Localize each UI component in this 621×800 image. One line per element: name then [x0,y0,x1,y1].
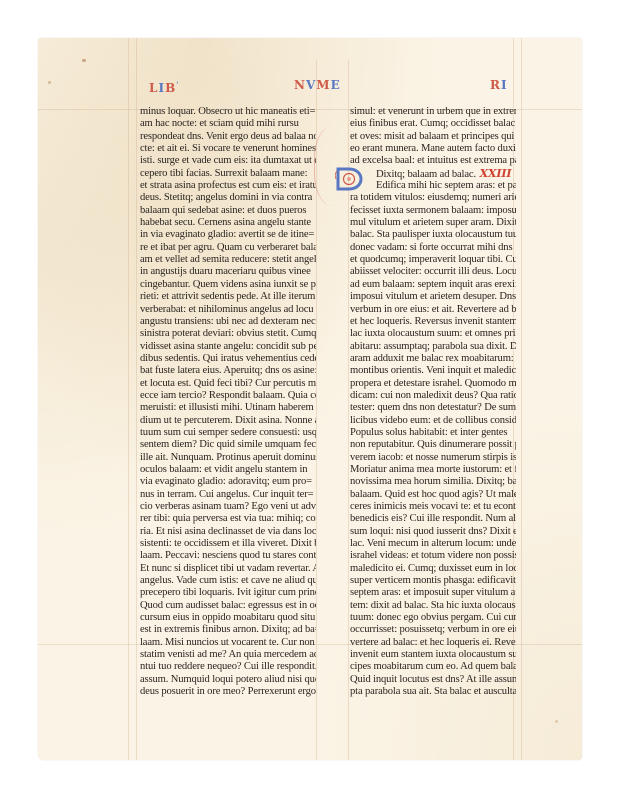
text-line: rer tibi: quia perversa est via tua: mih… [140,513,316,525]
text-line: et oves: misit ad balaam et principes qu… [350,131,516,143]
text-line: cepero tibi facias. Surrexit balaam mane… [140,168,316,180]
text-line: fecisset iuxta sermonem balaam: imposuer… [350,205,516,217]
text-line: sistenti: te occidissem et illa viveret.… [140,538,316,550]
text-line: simul: et venerunt in urbem que in extre… [350,106,516,118]
text-line: sentem diem? Dic quid simile umquam fece… [140,439,316,451]
text-line: ria. Et nisi asina declinasset de via da… [140,526,316,538]
text-line: meruisti: et illusisti mihi. Utinam habe… [140,402,316,414]
text-line: ceres inimicis meis vocavi te: et tu eco… [350,501,516,513]
text-line: israhel videas: et totum videre non poss… [350,550,516,562]
header-letter: V [306,78,316,92]
text-line: tester: quem dns non detestatur? De summ… [350,402,516,414]
text-line: cursum eius in oppido moabitaru quod sit… [140,612,316,624]
ruling-line-left-outer [128,38,129,760]
text-column-left: minus loquar. Obsecro ut hic maneatis et… [140,106,316,699]
text-line: benedicis eis? Cui ille respondit. Num a… [350,513,516,525]
text-line: angustu transiens: ubi nec ad dexteram n… [140,316,316,328]
text-line: dicam: cui non maledixit deus? Qua ratio… [350,390,516,402]
text-line: laam. Peccavi: nesciens quod tu stares c… [140,550,316,562]
text-line: sinistra poterat deviari: obvius stetit.… [140,328,316,340]
foxing-spot [555,720,558,723]
text-line: septem aras: et imposuit super vitulum a… [350,587,516,599]
text-line: am et vellet ad semita reducere: stetit … [140,254,316,266]
text-line: licibus videbo eum: et de collibus consi… [350,415,516,427]
text-line: habebat secu. Cernens asina angelu stant… [140,217,316,229]
text-line: dibus sedentis. Qui iratus vehementius c… [140,353,316,365]
text-line: via evaginato gladio: adoravitq; eum pro… [140,476,316,488]
text-line: Populus solus habitabit: et inter gentes [350,427,516,439]
text-line: occurrisset: posuissetq; verbum in ore e… [350,624,516,636]
text-line: vertere ad balac: et hec loqueris ei. Re… [350,637,516,649]
text-line: assum. Numquid loqui potero aliud nisi q… [140,674,316,686]
text-line: vidisset asina stante angelu: concidit s… [140,341,316,353]
text-line: oculos balaam: et vidit angelu stantem i… [140,464,316,476]
text-line: ntui tuo reddere nequeo? Cui ille respon… [140,661,316,673]
text-line: balac. Sta paulisper iuxta olocaustum tu… [350,229,516,241]
running-header-left: LIB' [149,78,179,95]
decorated-initial [335,166,363,192]
text-line: verbum in ore eius: et ait. Revertere ad… [350,304,516,316]
text-line: angelus. Vade cum istis: et cave ne aliu… [140,575,316,587]
text-line: novissima mea horum similia. Dixitq; bal… [350,476,516,488]
text-line: deus. Stetitq; angelus domini in via con… [140,192,316,204]
text-line: cio verberas asinam tuam? Ego veni ut ad… [140,501,316,513]
text-line: Dixitq; balaam ad balac. XXIII [350,168,516,180]
text-line: cte: et ait ei. Si vocare te venerunt ho… [140,143,316,155]
header-letter: N [294,78,306,92]
header-letter: E [331,78,341,92]
text-line: deus posuerit in ore meo? Perrexerunt er… [140,686,316,698]
text-line: verem iacob: et nosse numerum stirpis is… [350,452,516,464]
text-line: in angustijs duaru maceriaru quibus vine… [140,266,316,278]
text-line: tuum: donec ego obvius pergam. Cui cum d… [350,612,516,624]
text-column-right: simul: et venerunt in urbem que in extre… [350,106,516,699]
text-line: lac iuxta olocaustum suum: et omnes prin… [350,328,516,340]
text-line: pta parabola sua ait. Sta balac et auscu… [350,686,516,698]
text-line: bat fuste latera eius. Aperuitq; dns os … [140,365,316,377]
text-line: balaam qui sedebat asine: et duos pueros [140,205,316,217]
header-letter: ' [176,80,179,89]
initial-d-icon [335,166,363,192]
text-line: minus loquar. Obsecro ut hic maneatis et… [140,106,316,118]
text-line: et hec loqueris. Reversus invenit stante… [350,316,516,328]
header-letter: R [490,78,501,92]
text-line: cipes moabitarum cum eo. Ad quem balac. [350,661,516,673]
text-line: montibus orientis. Veni inquit et maledi… [350,365,516,377]
text-line: tem: dixit ad balac. Sta hic iuxta oloca… [350,600,516,612]
text-line: nus in terram. Cui angelus. Cur inquit t… [140,489,316,501]
text-line: non reputabitur. Quis dinumerare possit … [350,439,516,451]
text-line: Quod cum audisset balac: egressus est in… [140,600,316,612]
text-line: eo erant munera. Mane autem facto duxit … [350,143,516,155]
text-line: am hac nocte: et sciam quid mihi rursu [140,118,316,130]
text-line: balaam. Quid est hoc quod agis? Ut maled… [350,489,516,501]
text-line: sum loqui: nisi quod iusserit dns? Dixit… [350,526,516,538]
text-line: ra totidem vitulos: eiusdemq; numeri ari… [350,192,516,204]
header-letter: I [501,78,508,92]
text-line: imposui vitulum et arietem desuper. Dns … [350,291,516,303]
text-line: Moriatur anima mea morte iustorum: et fi… [350,464,516,476]
text-line: re et ibat per agru. Quam cu verberaret … [140,242,316,254]
text-line: respondeat dns. Venit ergo deus ad balaa… [140,131,316,143]
text-line: verberabat: et nihilominus angelus ad lo… [140,304,316,316]
text-line: invenit eum stantem iuxta olocaustum suu… [350,649,516,661]
text-line: ecce iam tercio? Respondit balaam. Quia … [140,390,316,402]
text-line: cingebantur. Quem videns asina iunxit se… [140,279,316,291]
text-line: Edifica mihi hic septem aras: et pa= [350,180,516,192]
text-line: donec vadam: si forte occurrat mihi dns [350,242,516,254]
text-line: mul vitulum et arietem super aram. Dixit… [350,217,516,229]
text-line: abitaru: assumptaq; parabola sua dixit. … [350,341,516,353]
text-line: ad excelsa baal: et intuitus est extrema… [350,155,516,167]
text-line: statim venisti ad me? An quia mercedem a… [140,649,316,661]
text-line: et strata asina profectus est cum eis: e… [140,180,316,192]
running-header-right: RI [490,78,508,92]
text-line: precepero tibi loquaris. Ivit igitur cum… [140,587,316,599]
text-line: rieti: et attrivit sedentis pede. At ill… [140,291,316,303]
text-line: Quid inquit locutus est dns? At ille ass… [350,674,516,686]
text-line: super verticem montis phasga: edificavit… [350,575,516,587]
text-line: laam. Misi nuncios ut vocarent te. Cur n… [140,637,316,649]
text-line: ille ait. Nunquam. Protinus aperuit domi… [140,452,316,464]
text-line: lac. Veni mecum in alterum locum: unde p… [350,538,516,550]
running-header-center: NVME [294,78,341,92]
text-line: est in extremis finibus arnon. Dixitq; a… [140,624,316,636]
text-line: abiisset velociter: occurrit illi deus. … [350,266,516,278]
text-line: et locuta est. Quid feci tibi? Cur percu… [140,378,316,390]
header-letter: B [165,81,176,95]
text-line: eius finibus erat. Cumq; occidisset bala… [350,118,516,130]
chapter-number: XXIII [476,168,511,180]
text-line: isti. surge et vade cum eis: ita dumtaxa… [140,155,316,167]
text-line: ad eum balaam: septem inquit aras erexi:… [350,279,516,291]
text-line: in via evaginato gladio: avertit se de i… [140,229,316,241]
foxing-spot [82,59,86,62]
text-line: Et nunc si displicet tibi ut vadam rever… [140,563,316,575]
text-line: tuum sum cui semper sedere consuesti: us… [140,427,316,439]
text-line: et quodcumq; imperaverit loquar tibi. Cu… [350,254,516,266]
text-line: aram adduxit me balac rex moabitarum: de [350,353,516,365]
ruling-line-left-inner [136,38,137,760]
text-line: propera et detestare israhel. Quomodo ma… [350,378,516,390]
text-line: dium ut te percuterem. Dixit asina. Nonn… [140,415,316,427]
text-line: maledicito ei. Cumq; duxisset eum in loc… [350,563,516,575]
foxing-spot [48,81,51,84]
ruling-line-right-outer [521,38,522,760]
header-letter: M [316,78,330,92]
